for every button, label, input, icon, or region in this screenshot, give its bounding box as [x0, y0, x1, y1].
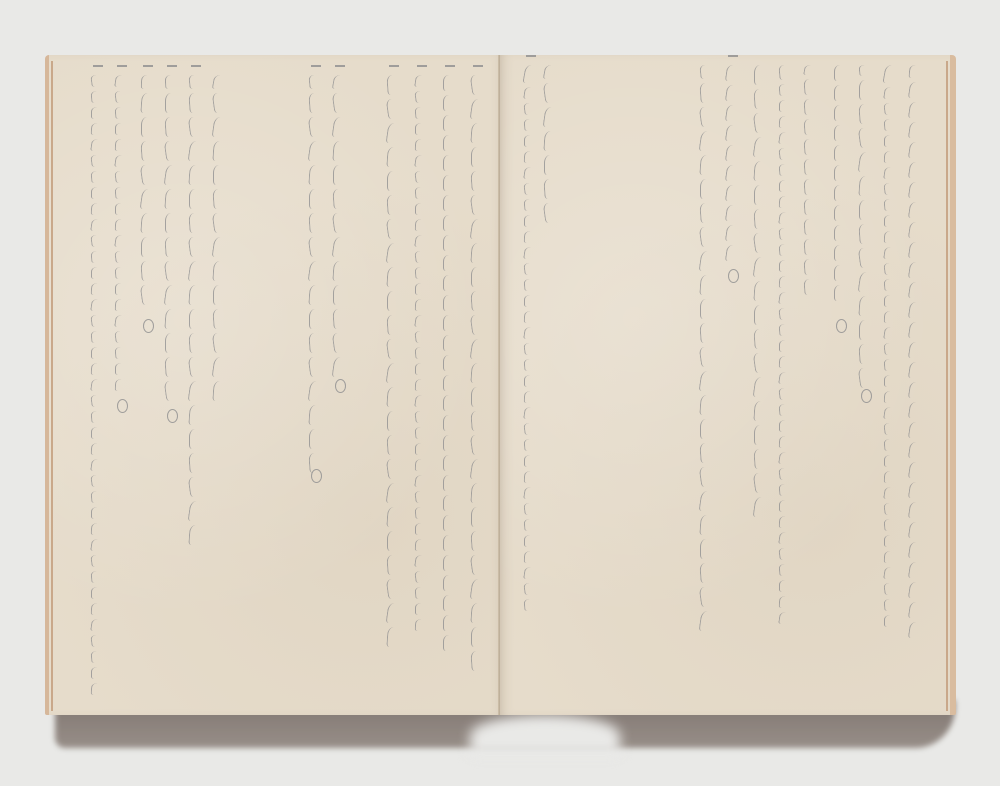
- open-notebook: Open bound notebook with two facing page…: [45, 55, 957, 715]
- handwriting-column: [540, 65, 562, 215]
- page-edge: [946, 61, 948, 711]
- handwriting-column: [383, 75, 405, 655]
- handwriting-column: [411, 75, 433, 635]
- handwriting-column: [722, 65, 744, 265]
- handwriting-column: [520, 65, 542, 625]
- handwriting-column: [467, 75, 489, 685]
- handwriting-column: [880, 65, 902, 635]
- handwriting-column: [830, 65, 852, 315]
- handwriting-column: [696, 65, 718, 625]
- handwriting-column: [305, 75, 327, 465]
- handwriting-column: [800, 65, 822, 295]
- handwriting-column: [111, 75, 133, 395]
- handwriting-column: [750, 65, 772, 515]
- handwriting-column: [137, 75, 159, 315]
- handwriting-column: [329, 75, 351, 375]
- handwriting-column: [439, 75, 461, 665]
- handwriting-column: [209, 75, 231, 405]
- page-edge: [51, 61, 53, 711]
- handwriting-column: [87, 75, 109, 695]
- shadow-highlight: [470, 715, 620, 755]
- handwriting-column: [905, 65, 927, 645]
- handwriting-column: [161, 75, 183, 405]
- handwriting-column: [775, 65, 797, 625]
- right-page: Columns of cursive pencil script; the ri…: [500, 55, 956, 715]
- handwriting-column: [855, 65, 877, 385]
- left-page: Columns of cursive pencil script; severa…: [45, 55, 504, 715]
- handwriting-column: [185, 75, 207, 545]
